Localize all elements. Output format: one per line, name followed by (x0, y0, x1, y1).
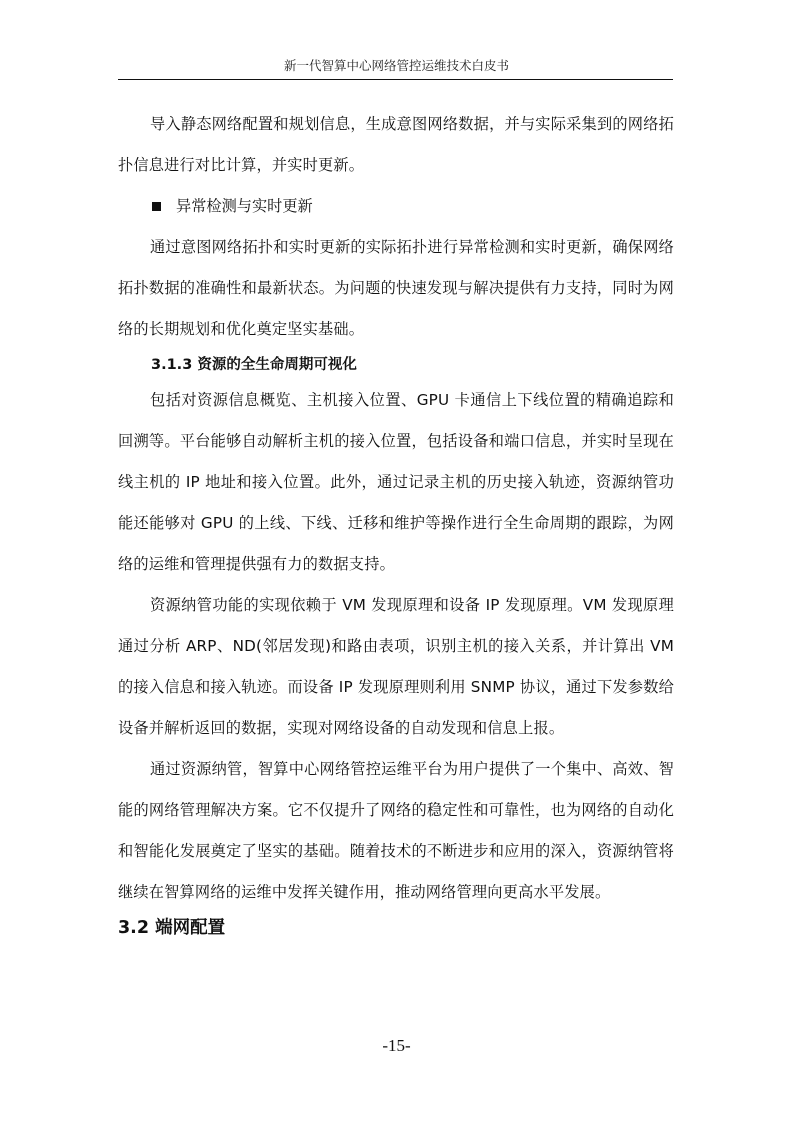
paragraph-intent-network: 导入静态网络配置和规划信息，生成意图网络数据，并与实际采集到的网络拓扑信息进行对… (118, 104, 674, 186)
header-title: 新一代智算中心网络管控运维技术白皮书 (0, 56, 793, 74)
header-divider (118, 79, 673, 80)
paragraph-resource-management-summary: 通过资源纳管，智算中心网络管控运维平台为用户提供了一个集中、高效、智能的网络管理… (118, 749, 674, 913)
page-body: 导入静态网络配置和规划信息，生成意图网络数据，并与实际采集到的网络拓扑信息进行对… (118, 104, 674, 943)
section-heading-3-2: 3.2 端网配置 (118, 913, 674, 943)
bullet-label: 异常检测与实时更新 (176, 186, 313, 227)
bullet-item-anomaly-detection: 异常检测与实时更新 (118, 186, 674, 227)
section-heading-3-1-3: 3.1.3 资源的全生命周期可视化 (118, 350, 674, 380)
paragraph-resource-lifecycle: 包括对资源信息概览、主机接入位置、GPU 卡通信上下线位置的精确追踪和回溯等。平… (118, 380, 674, 585)
square-bullet-icon (152, 202, 161, 211)
paragraph-discovery-principle: 资源纳管功能的实现依赖于 VM 发现原理和设备 IP 发现原理。VM 发现原理通… (118, 585, 674, 749)
paragraph-anomaly-detection: 通过意图网络拓扑和实时更新的实际拓扑进行异常检测和实时更新，确保网络拓扑数据的准… (118, 227, 674, 350)
page-number: -15- (0, 1036, 793, 1056)
